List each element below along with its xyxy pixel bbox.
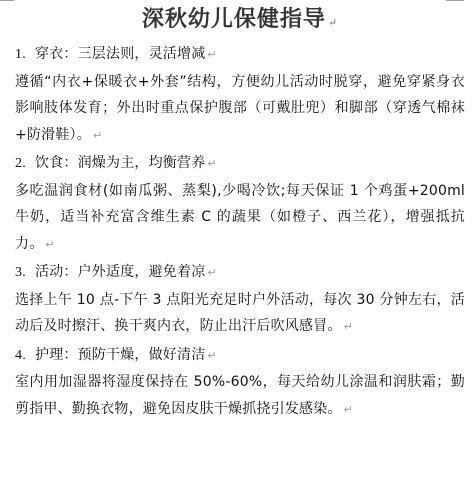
section-body-text: 多吃温润食材(如南瓜粥、蒸梨),少喝冷饮;每天保证 1 个鸡蛋+200ml 牛奶… (15, 183, 465, 252)
section-body-clothing: 遵循“内衣+保暖衣+外套”结构，方便幼儿活动时脱穿，避免穿紧身衣影响肢体发育；外… (15, 69, 465, 150)
section-heading-text: 护理：预防干燥，做好清洁 (35, 347, 205, 363)
section-heading-clothing: 1.穿衣：三层法则，灵活增减↵ (15, 41, 465, 69)
document-page: 深秋幼儿保健指导↵ 1.穿衣：三层法则，灵活增减↵ 遵循“内衣+保暖衣+外套”结… (15, 0, 465, 423)
section-body-care: 室内用加湿器将湿度保持在 50%-60%，每天给幼儿涂温和润肤霜；勤剪指甲、勤换… (15, 369, 465, 423)
section-heading-activity: 3.活动：户外适度，避免着凉↵ (15, 259, 465, 287)
paragraph-mark-icon: ↵ (207, 349, 216, 362)
section-heading-text: 穿衣：三层法则，灵活增减 (35, 46, 205, 62)
section-heading-text: 活动：户外适度，避免着凉 (35, 264, 205, 280)
section-heading-diet: 2.饮食：润燥为主，均衡营养↵ (15, 150, 465, 178)
section-body-text: 遵循“内衣+保暖衣+外套”结构，方便幼儿活动时脱穿，避免穿紧身衣影响肢体发育；外… (15, 74, 465, 143)
document-title: 深秋幼儿保健指导↵ (15, 0, 465, 40)
paragraph-mark-icon: ↵ (344, 403, 353, 416)
paragraph-mark-icon: ↵ (207, 157, 216, 170)
paragraph-mark-icon: ↵ (93, 129, 102, 142)
section-number: 3. (15, 260, 35, 287)
paragraph-mark-icon: ↵ (344, 320, 353, 333)
section-body-text: 室内用加湿器将湿度保持在 50%-60%，每天给幼儿涂温和润肤霜；勤剪指甲、勤换… (15, 374, 465, 417)
section-heading-care: 4.护理：预防干燥，做好清洁↵ (15, 342, 465, 370)
title-text: 深秋幼儿保健指导 (142, 6, 326, 32)
paragraph-mark-icon: ↵ (207, 266, 216, 279)
section-number: 1. (15, 42, 35, 69)
paragraph-mark-icon: ↵ (45, 238, 54, 251)
section-body-text: 选择上午 10 点-下午 3 点阳光充足时户外活动，每次 30 分钟左右，活动后… (15, 292, 465, 335)
section-number: 2. (15, 151, 35, 178)
section-number: 4. (15, 343, 35, 370)
section-body-activity: 选择上午 10 点-下午 3 点阳光充足时户外活动，每次 30 分钟左右，活动后… (15, 287, 465, 341)
page-corner-mark-left (0, 0, 14, 1)
section-heading-text: 饮食：润燥为主，均衡营养 (35, 155, 205, 171)
section-body-diet: 多吃温润食材(如南瓜粥、蒸梨),少喝冷饮;每天保证 1 个鸡蛋+200ml 牛奶… (15, 178, 465, 259)
paragraph-mark-icon: ↵ (207, 48, 216, 61)
paragraph-mark-icon: ↵ (328, 16, 338, 29)
